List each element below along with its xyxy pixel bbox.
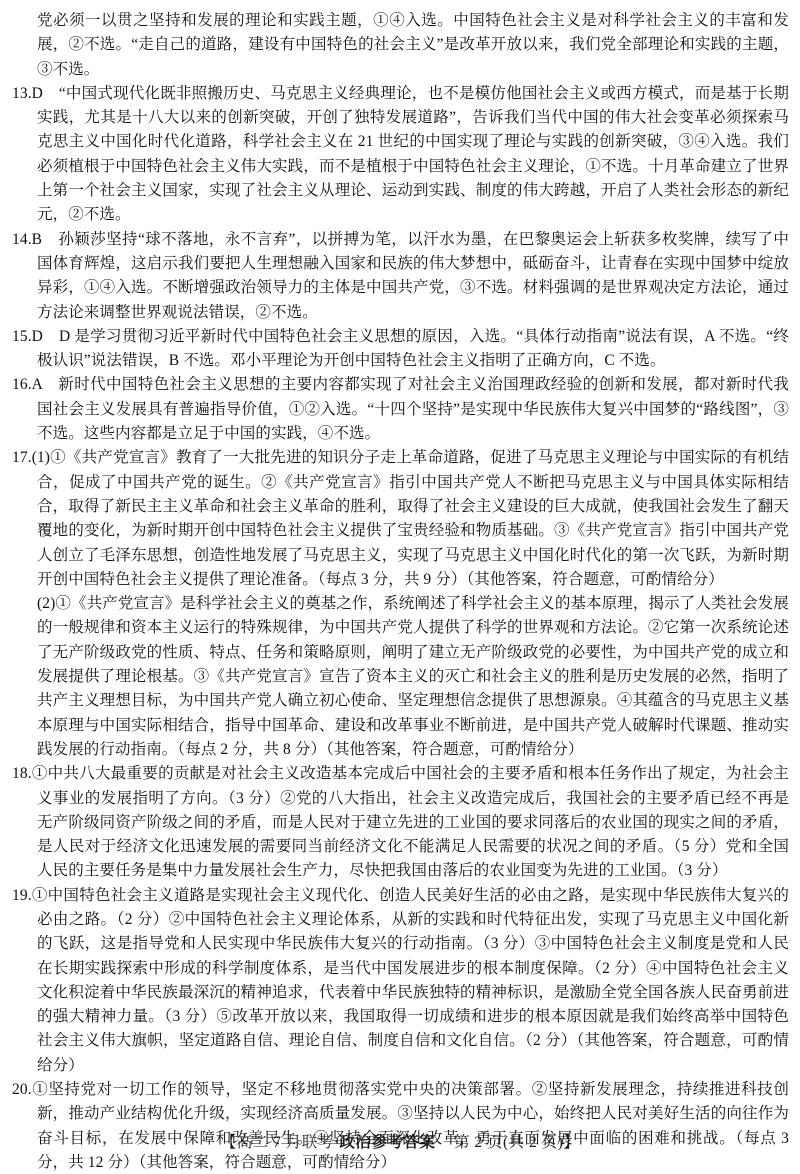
answer-number: 18. [12,765,32,782]
answer-text: 孙颖莎坚持“球不落地，永不言弃”，以拼搏为笔，以汗水为墨，在巴黎奥运会上斩获多枚… [37,231,789,321]
answer-item-20: 20.①坚持党对一切工作的领导，坚定不移地贯彻落实党中央的决策部署。②坚持新发展… [12,1078,789,1174]
answer-item-15: 15.D D 是学习贯彻习近平新时代中国特色社会主义思想的原因，入选。“具体行动… [12,325,789,374]
answer-number: 16.A [12,376,58,393]
answer-number: 13.D [12,85,59,102]
footer-exam-label: 【高二 7 月联考· [221,1134,340,1151]
answer-text: 新时代中国特色社会主义思想的主要内容都实现了对社会主义治国理政经验的创新和发展，… [37,376,789,442]
answer-text: ①中共八大最重要的贡献是对社会主义改造基本完成后中国社会的主要矛盾和根本任务作出… [32,765,789,879]
answer-text: (1)①《共产党宣言》教育了一大批先进的知识分子走上革命道路，促进了马克思主义理… [32,449,789,587]
answer-item-13: 13.D “中国式现代化既非照搬历史、马克思主义经典理论，也不是模仿他国社会主义… [12,82,789,228]
answer-text: “中国式现代化既非照搬历史、马克思主义经典理论，也不是模仿他国社会主义或西方模式… [37,85,789,223]
answer-item-17-part1: 17.(1)①《共产党宣言》教育了一大批先进的知识分子走上革命道路，促进了马克思… [12,446,789,592]
answer-text: D 是学习贯彻习近平新时代中国特色社会主义思想的原因，入选。“具体行动指南”说法… [37,328,789,369]
answer-item-19: 19.①中国特色社会主义道路是实现社会主义现代化、创造人民美好生活的必由之路，是… [12,884,789,1078]
answer-item-16: 16.A 新时代中国特色社会主义思想的主要内容都实现了对社会主义治国理政经验的创… [12,373,789,446]
answer-number: 17. [12,449,32,466]
answer-number: 19. [12,887,32,904]
page-footer: 【高二 7 月联考·政治参考答案第 2 页(共 2 页)】 [0,1130,800,1152]
answer-text: ①中国特色社会主义道路是实现社会主义现代化、创造人民美好生活的必由之路，是实现中… [32,887,789,1074]
footer-subject-label: 政治参考答案 [339,1134,435,1151]
answers-content: 党必须一以贯之坚持和发展的理论和实践主题，①④入选。中国特色社会主义是对科学社会… [0,0,800,1174]
answer-item-14: 14.B 孙颖莎坚持“球不落地，永不言弃”，以拼搏为笔，以汗水为墨，在巴黎奥运会… [12,228,789,325]
footer-page-number: 第 2 页(共 2 页)】 [454,1134,579,1151]
answer-text: 党必须一以贯之坚持和发展的理论和实践主题，①④入选。中国特色社会主义是对科学社会… [37,12,789,78]
answer-number: 15.D [12,328,59,345]
answer-item-17-part2: (2)①《共产党宣言》是科学社会主义的奠基之作，系统阐述了科学社会主义的基本原理… [12,592,789,762]
answer-text: ①坚持党对一切工作的领导，坚定不移地贯彻落实党中央的决策部署。②坚持新发展理念，… [32,1081,789,1171]
answer-text: (2)①《共产党宣言》是科学社会主义的奠基之作，系统阐述了科学社会主义的基本原理… [37,595,789,758]
answer-sheet-page: 党必须一以贯之坚持和发展的理论和实践主题，①④入选。中国特色社会主义是对科学社会… [0,0,800,1174]
answer-number: 14.B [12,231,58,248]
answer-number: 20. [12,1081,32,1098]
answer-item-12-continuation: 党必须一以贯之坚持和发展的理论和实践主题，①④入选。中国特色社会主义是对科学社会… [12,9,789,82]
answer-item-18: 18.①中共八大最重要的贡献是对社会主义改造基本完成后中国社会的主要矛盾和根本任… [12,762,789,883]
